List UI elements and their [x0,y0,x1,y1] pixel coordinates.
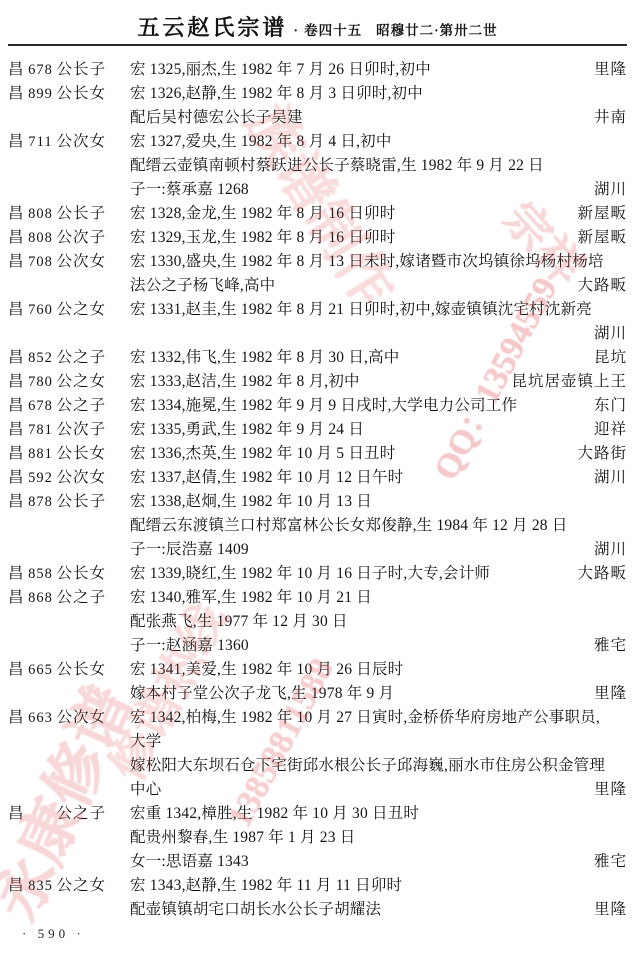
relation-label: 公之女 [57,373,107,390]
father-number: 678 [25,58,57,82]
entry-continuation-line: 配缙云东渡镇兰口村郑富林公长女郑俊静,生 1984 年 12 月 28 日 [0,514,635,538]
generation-marker: 昌 [8,493,25,510]
entry-text: 宏 1343,赵静,生 1982 年 11 月 11 日卯时 [130,874,402,898]
entry-line: 昌878公长子宏 1338,赵炯,生 1982 年 10 月 13 日 [0,490,635,514]
generation-marker: 昌 [8,805,25,822]
residence-place: 昆坑居壶镇上王 [511,370,627,394]
entry-text: 宏 1333,赵洁,生 1982 年 8 月,初中 [130,370,360,394]
relation-label: 公长女 [57,85,107,102]
entry-line: 昌808公长子宏 1328,金龙,生 1982 年 8 月 16 日卯时新屋畈 [0,202,635,226]
entry-continuation-line: 子一:辰浩嘉 1409湖川 [0,538,635,562]
relation-label: 公之子 [57,805,107,822]
generation-marker: 昌 [8,397,25,414]
entry-continuation-line: 女一:思语嘉 1343雅宅 [0,850,635,874]
relation-label: 公长子 [57,205,107,222]
entry-father-label: 昌592公次女 [8,466,106,490]
generation-marker: 昌 [8,421,25,438]
generation-marker: 昌 [8,373,25,390]
father-number: 808 [25,226,57,250]
entry-text: 宏重 1342,樟胜,生 1982 年 10 月 30 日丑时 [130,802,419,826]
relation-label: 公次女 [57,253,107,270]
entry-text: 法公之子杨飞峰,高中 [130,274,275,298]
entry-text: 宏 1339,晓红,生 1982 年 10 月 16 日子时,大专,会计师 [130,562,490,586]
residence-place: 雅宅 [594,850,627,874]
entry-text: 子一:赵涵嘉 1360 [130,634,249,658]
entry-text: 宏 1331,赵圭,生 1982 年 8 月 21 日卯时,初中,嫁壶镇镇沈宅村… [130,298,592,322]
entry-father-label: 昌708公次女 [8,250,106,274]
entry-text: 宏 1338,赵炯,生 1982 年 10 月 13 日 [130,490,372,514]
page-number: · 590 · [22,926,85,942]
entry-line: 昌678公之子宏 1334,施冕,生 1982 年 9 月 9 日戌时,大学电力… [0,394,635,418]
entry-father-label: 昌808公长子 [8,202,106,226]
entry-father-label: 昌899公长女 [8,82,106,106]
entry-text: 宏 1328,金龙,生 1982 年 8 月 16 日卯时 [130,202,395,226]
entry-father-label: 昌公之子 [8,802,106,826]
entry-continuation-line: 配缙云壶镇南顿村蔡跃进公长子蔡晓雷,生 1982 年 9 月 22 日 [0,154,635,178]
entry-continuation-line: 配壶镇镇胡宅口胡长水公长子胡耀法里隆 [0,898,635,922]
entry-text: 宏 1326,赵静,生 1982 年 8 月 3 日卯时,初中 [130,82,423,106]
entry-text: 大学 [130,730,161,754]
generation-marker: 昌 [8,661,25,678]
father-number: 858 [25,562,57,586]
generation-marker: 昌 [8,349,25,366]
volume-label: 卷四十五 [304,23,362,38]
father-number: 592 [25,466,57,490]
entry-line: 昌835公之女宏 1343,赵静,生 1982 年 11 月 11 日卯时 [0,874,635,898]
father-number: 899 [25,82,57,106]
entry-continuation-line: 大学 [0,730,635,754]
residence-place: 里隆 [594,778,627,802]
entry-text: 嫁本村子堂公次子龙飞,生 1978 年 9 月 [130,682,394,706]
relation-label: 公之子 [57,397,107,414]
entry-father-label: 昌781公次子 [8,418,106,442]
entry-line: 昌678公长子宏 1325,丽杰,生 1982 年 7 月 26 日卯时,初中里… [0,58,635,82]
entry-line: 昌公之子宏重 1342,樟胜,生 1982 年 10 月 30 日丑时 [0,802,635,826]
entry-line: 昌858公长女宏 1339,晓红,生 1982 年 10 月 16 日子时,大专… [0,562,635,586]
entry-text: 宏 1335,勇武,生 1982 年 9 月 24 日 [130,418,364,442]
entry-father-label: 昌868公之子 [8,586,106,610]
father-number: 780 [25,370,57,394]
relation-label: 公长女 [57,445,107,462]
relation-label: 公之子 [57,349,107,366]
residence-place: 新屋畈 [577,202,627,226]
entry-continuation-line: 嫁松阳大东坝石仓下宅街邱水根公长子邱海巍,丽水市住房公积金管理 [0,754,635,778]
entry-father-label: 昌678公之子 [8,394,106,418]
father-number: 708 [25,250,57,274]
residence-place: 里隆 [594,682,627,706]
relation-label: 公长子 [57,61,107,78]
relation-label: 公次女 [57,133,107,150]
generation-marker: 昌 [8,565,25,582]
residence-place: 昆坑 [594,346,627,370]
entry-father-label: 昌665公长女 [8,658,106,682]
entry-text: 配缙云东渡镇兰口村郑富林公长女郑俊静,生 1984 年 12 月 28 日 [130,514,568,538]
generation-marker: 昌 [8,205,25,222]
entry-line: 昌808公次子宏 1329,玉龙,生 1982 年 8 月 16 日卯时新屋畈 [0,226,635,250]
residence-place: 湖川 [594,178,627,202]
generation-marker: 昌 [8,469,25,486]
entries-list: 昌678公长子宏 1325,丽杰,生 1982 年 7 月 26 日卯时,初中里… [0,58,635,922]
relation-label: 公之女 [57,877,107,894]
generation-label: 昭穆廿二·第卅二世 [376,23,498,38]
residence-place: 大路畈 [577,274,627,298]
entry-line: 昌592公次女宏 1337,赵倩,生 1982 年 10 月 12 日午时湖川 [0,466,635,490]
entry-text: 嫁松阳大东坝石仓下宅街邱水根公长子邱海巍,丽水市住房公积金管理 [130,754,605,778]
genealogy-page: 五云赵氏宗谱 · 卷四十五 昭穆廿二·第卅二世 昌678公长子宏 1325,丽杰… [0,0,635,968]
entry-father-label: 昌881公长女 [8,442,106,466]
entry-text: 宏 1329,玉龙,生 1982 年 8 月 16 日卯时 [130,226,395,250]
entry-text: 子一:辰浩嘉 1409 [130,538,249,562]
residence-place: 里隆 [594,898,627,922]
entry-text: 宏 1332,伟飞,生 1982 年 8 月 30 日,高中 [130,346,400,370]
relation-label: 公之女 [57,301,107,318]
entry-text: 配壶镇镇胡宅口胡长水公长子胡耀法 [130,898,381,922]
entry-line: 昌852公之子宏 1332,伟飞,生 1982 年 8 月 30 日,高中昆坑 [0,346,635,370]
residence-place: 湖川 [594,322,627,346]
entry-continuation-line: 配后吴村德宏公长子吴建井南 [0,106,635,130]
relation-label: 公次子 [57,229,107,246]
entry-line: 昌899公长女宏 1326,赵静,生 1982 年 8 月 3 日卯时,初中 [0,82,635,106]
residence-place: 大路畈 [577,562,627,586]
entry-line: 昌760公之女宏 1331,赵圭,生 1982 年 8 月 21 日卯时,初中,… [0,298,635,322]
residence-place: 湖川 [594,538,627,562]
generation-marker: 昌 [8,877,25,894]
father-number: 835 [25,874,57,898]
entry-line: 昌711公次女宏 1327,爱央,生 1982 年 8 月 4 日,初中 [0,130,635,154]
entry-father-label: 昌760公之女 [8,298,106,322]
entry-line: 昌780公之女宏 1333,赵洁,生 1982 年 8 月,初中昆坑居壶镇上王 [0,370,635,394]
entry-text: 宏 1340,雅军,生 1982 年 10 月 21 日 [130,586,372,610]
entry-text: 配张燕飞,生 1977 年 12 月 30 日 [130,610,348,634]
entry-continuation-line: 中心里隆 [0,778,635,802]
relation-label: 公次子 [57,421,107,438]
entry-continuation-line: 子一:赵涵嘉 1360雅宅 [0,634,635,658]
entry-text: 宏 1337,赵倩,生 1982 年 10 月 12 日午时 [130,466,403,490]
entry-text: 宏 1330,盛央,生 1982 年 8 月 13 日未时,嫁诸暨市次坞镇徐坞杨… [130,250,604,274]
relation-label: 公之子 [57,589,107,606]
entry-continuation-line: 子一:蔡承嘉 1268湖川 [0,178,635,202]
generation-marker: 昌 [8,445,25,462]
relation-label: 公长女 [57,661,107,678]
residence-place: 湖川 [594,466,627,490]
father-number: 678 [25,394,57,418]
father-number: 881 [25,442,57,466]
entry-father-label: 昌852公之子 [8,346,106,370]
page-header: 五云赵氏宗谱 · 卷四十五 昭穆廿二·第卅二世 [0,11,635,42]
relation-label: 公长子 [57,493,107,510]
entry-continuation-line: 湖川 [0,322,635,346]
entry-father-label: 昌663公次女 [8,706,106,730]
entry-father-label: 昌858公长女 [8,562,106,586]
entry-continuation-line: 配贵州黎春,生 1987 年 1 月 23 日 [0,826,635,850]
entry-father-label: 昌808公次子 [8,226,106,250]
father-number: 663 [25,706,57,730]
entry-line: 昌665公长女宏 1341,美爱,生 1982 年 10 月 26 日辰时 [0,658,635,682]
entry-text: 女一:思语嘉 1343 [130,850,249,874]
entry-text: 宏 1336,杰英,生 1982 年 10 月 5 日丑时 [130,442,395,466]
generation-marker: 昌 [8,301,25,318]
residence-place: 新屋畈 [577,226,627,250]
entry-text: 宏 1341,美爱,生 1982 年 10 月 26 日辰时 [130,658,403,682]
entry-text: 配缙云壶镇南顿村蔡跃进公长子蔡晓雷,生 1982 年 9 月 22 日 [130,154,544,178]
residence-place: 里隆 [594,58,627,82]
residence-place: 井南 [594,106,627,130]
generation-marker: 昌 [8,589,25,606]
entry-text: 宏 1342,柏梅,生 1982 年 10 月 27 日寅时,金桥侨华府房地产公… [130,706,600,730]
entry-text: 宏 1325,丽杰,生 1982 年 7 月 26 日卯时,初中 [130,58,431,82]
father-number: 878 [25,490,57,514]
entry-line: 昌868公之子宏 1340,雅军,生 1982 年 10 月 21 日 [0,586,635,610]
entry-father-label: 昌711公次女 [8,130,106,154]
entry-text: 配后吴村德宏公长子吴建 [130,106,303,130]
relation-label: 公长女 [57,565,107,582]
entry-line: 昌881公长女宏 1336,杰英,生 1982 年 10 月 5 日丑时大路街 [0,442,635,466]
generation-marker: 昌 [8,253,25,270]
entry-text: 配贵州黎春,生 1987 年 1 月 23 日 [130,826,355,850]
entry-father-label: 昌878公长子 [8,490,106,514]
residence-place: 东门 [594,394,627,418]
father-number: 665 [25,658,57,682]
entry-father-label: 昌678公长子 [8,58,106,82]
entry-continuation-line: 配张燕飞,生 1977 年 12 月 30 日 [0,610,635,634]
title-separator-dot: · [291,24,300,39]
residence-place: 大路街 [577,442,627,466]
header-divider [8,44,627,46]
entry-text: 宏 1327,爱央,生 1982 年 8 月 4 日,初中 [130,130,392,154]
entry-text: 子一:蔡承嘉 1268 [130,178,249,202]
entry-text: 宏 1334,施冕,生 1982 年 9 月 9 日戌时,大学电力公司工作 [130,394,517,418]
generation-marker: 昌 [8,133,25,150]
father-number: 852 [25,346,57,370]
generation-marker: 昌 [8,61,25,78]
entry-father-label: 昌780公之女 [8,370,106,394]
entry-father-label: 昌835公之女 [8,874,106,898]
relation-label: 公次女 [57,469,107,486]
father-number: 868 [25,586,57,610]
entry-continuation-line: 嫁本村子堂公次子龙飞,生 1978 年 9 月里隆 [0,682,635,706]
father-number: 781 [25,418,57,442]
generation-marker: 昌 [8,229,25,246]
father-number: 711 [25,130,57,154]
generation-marker: 昌 [8,709,25,726]
book-title: 五云赵氏宗谱 [137,15,287,40]
residence-place: 迎祥 [594,418,627,442]
entry-line: 昌708公次女宏 1330,盛央,生 1982 年 8 月 13 日未时,嫁诸暨… [0,250,635,274]
entry-continuation-line: 法公之子杨飞峰,高中大路畈 [0,274,635,298]
father-number: 808 [25,202,57,226]
relation-label: 公次女 [57,709,107,726]
residence-place: 雅宅 [594,634,627,658]
entry-text: 中心 [130,778,161,802]
generation-marker: 昌 [8,85,25,102]
entry-line: 昌781公次子宏 1335,勇武,生 1982 年 9 月 24 日迎祥 [0,418,635,442]
father-number: 760 [25,298,57,322]
entry-line: 昌663公次女宏 1342,柏梅,生 1982 年 10 月 27 日寅时,金桥… [0,706,635,730]
